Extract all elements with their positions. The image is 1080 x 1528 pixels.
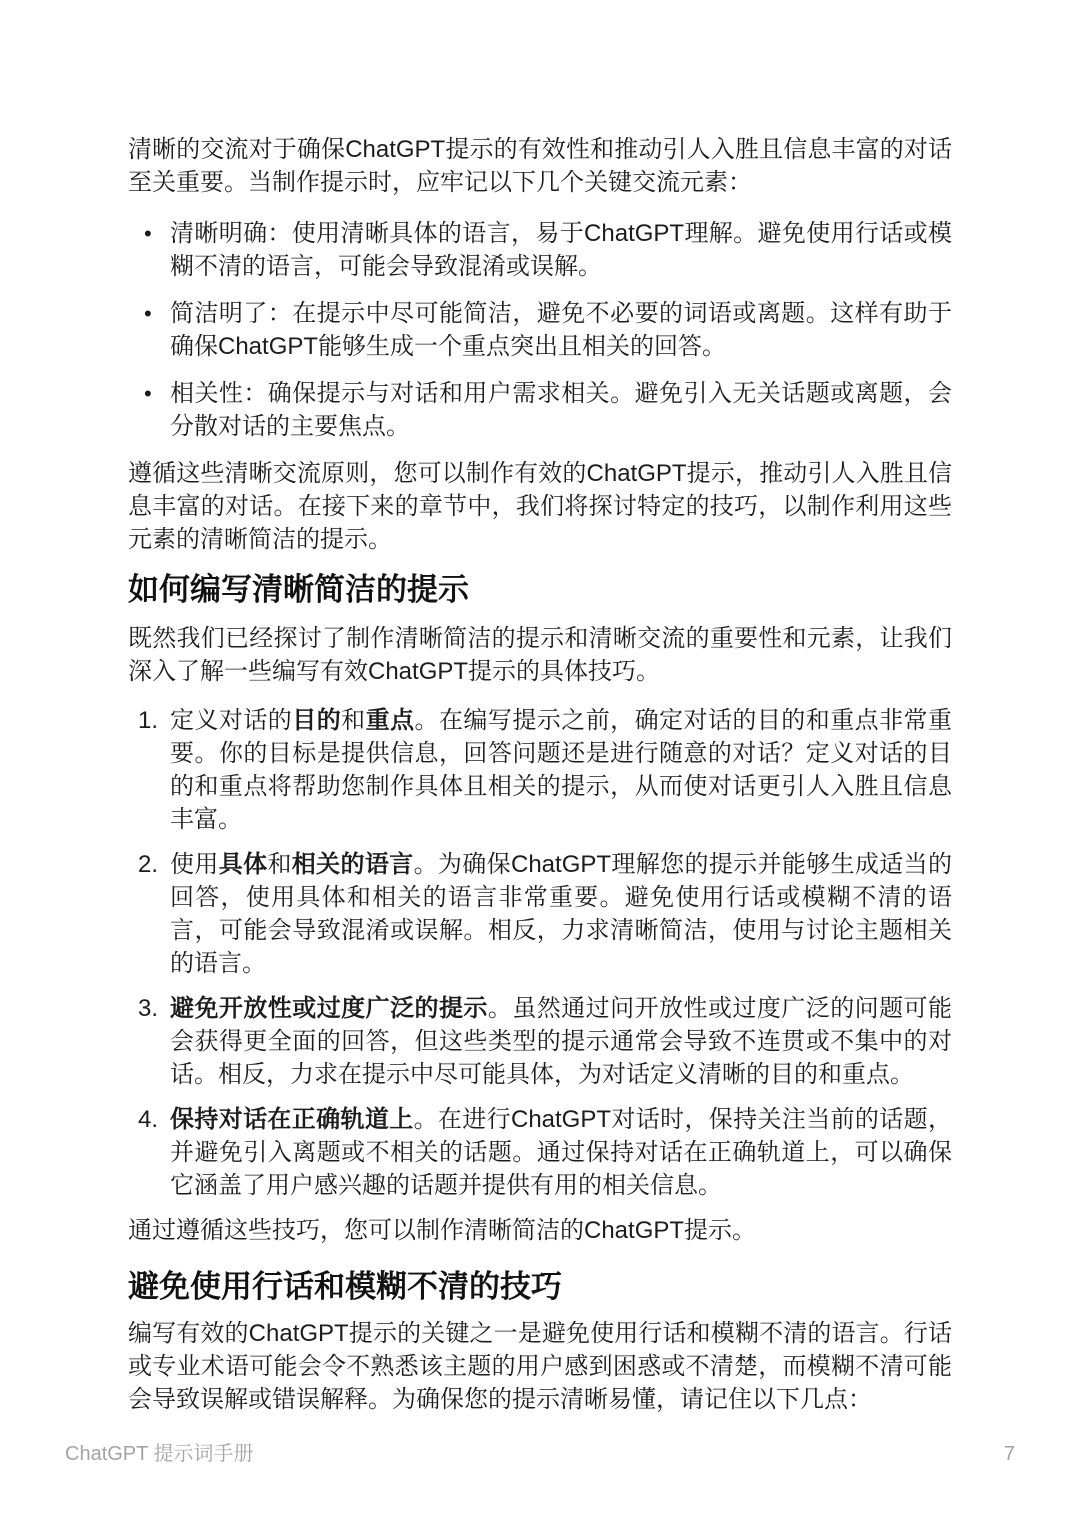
- page-footer: ChatGPT 提示词手册 7: [65, 1442, 1015, 1466]
- item-number: 2.: [138, 848, 166, 881]
- bullet-icon: •: [144, 377, 172, 410]
- item-number: 4.: [138, 1103, 166, 1136]
- list-item-text: 相关性：确保提示与对话和用户需求相关。避免引入无关话题或离题，会分散对话的主要焦…: [170, 380, 952, 440]
- numbered-item-text: 保持对话在正确轨道上。在进行ChatGPT对话时，保持关注当前的话题，并避免引入…: [170, 1106, 952, 1199]
- section2-lead-paragraph: 编写有效的ChatGPT提示的关键之一是避免使用行话和模糊不清的语言。行话或专业…: [128, 1317, 952, 1416]
- numbered-item: 4. 保持对话在正确轨道上。在进行ChatGPT对话时，保持关注当前的话题，并避…: [128, 1103, 952, 1202]
- footer-page-number: 7: [1004, 1442, 1015, 1466]
- numbered-item-text: 定义对话的目的和重点。在编写提示之前，确定对话的目的和重点非常重要。你的目标是提…: [170, 707, 952, 833]
- footer-book-title: ChatGPT 提示词手册: [65, 1442, 254, 1466]
- item-number: 3.: [138, 992, 166, 1025]
- page-content: 清晰的交流对于确保ChatGPT提示的有效性和推动引人入胜且信息丰富的对话至关重…: [0, 0, 1080, 1416]
- list-item-text: 简洁明了：在提示中尽可能简洁，避免不必要的词语或离题。这样有助于确保ChatGP…: [170, 300, 952, 360]
- section-heading-avoid-jargon: 避免使用行话和模糊不清的技巧: [128, 1267, 952, 1307]
- section-heading-write-clear-prompts: 如何编写清晰简洁的提示: [128, 570, 952, 610]
- numbered-item-text: 使用具体和相关的语言。为确保ChatGPT理解您的提示并能够生成适当的回答，使用…: [170, 851, 952, 977]
- numbered-item-text: 避免开放性或过度广泛的提示。虽然通过问开放性或过度广泛的问题可能会获得更全面的回…: [170, 995, 952, 1088]
- numbered-item: 3. 避免开放性或过度广泛的提示。虽然通过问开放性或过度广泛的问题可能会获得更全…: [128, 992, 952, 1091]
- bullet-icon: •: [144, 297, 172, 330]
- list-item: • 相关性：确保提示与对话和用户需求相关。避免引入无关话题或离题，会分散对话的主…: [128, 377, 952, 443]
- section1-lead-paragraph: 既然我们已经探讨了制作清晰简洁的提示和清晰交流的重要性和元素，让我们深入了解一些…: [128, 622, 952, 688]
- list-item-text: 清晰明确：使用清晰具体的语言，易于ChatGPT理解。避免使用行话或模糊不清的语…: [170, 220, 952, 280]
- communication-elements-list: • 清晰明确：使用清晰具体的语言，易于ChatGPT理解。避免使用行话或模糊不清…: [128, 217, 952, 443]
- section1-closing-paragraph: 通过遵循这些技巧，您可以制作清晰简洁的ChatGPT提示。: [128, 1214, 952, 1247]
- bullet-icon: •: [144, 217, 172, 250]
- list-item: • 简洁明了：在提示中尽可能简洁，避免不必要的词语或离题。这样有助于确保Chat…: [128, 297, 952, 363]
- list-item: • 清晰明确：使用清晰具体的语言，易于ChatGPT理解。避免使用行话或模糊不清…: [128, 217, 952, 283]
- document-page: 清晰的交流对于确保ChatGPT提示的有效性和推动引人入胜且信息丰富的对话至关重…: [0, 0, 1080, 1528]
- prompt-tips-numbered-list: 1. 定义对话的目的和重点。在编写提示之前，确定对话的目的和重点非常重要。你的目…: [128, 704, 952, 1202]
- item-number: 1.: [138, 704, 166, 737]
- intro-paragraph: 清晰的交流对于确保ChatGPT提示的有效性和推动引人入胜且信息丰富的对话至关重…: [128, 133, 952, 199]
- principles-paragraph: 遵循这些清晰交流原则，您可以制作有效的ChatGPT提示，推动引人入胜且信息丰富…: [128, 457, 952, 556]
- numbered-item: 1. 定义对话的目的和重点。在编写提示之前，确定对话的目的和重点非常重要。你的目…: [128, 704, 952, 836]
- numbered-item: 2. 使用具体和相关的语言。为确保ChatGPT理解您的提示并能够生成适当的回答…: [128, 848, 952, 980]
